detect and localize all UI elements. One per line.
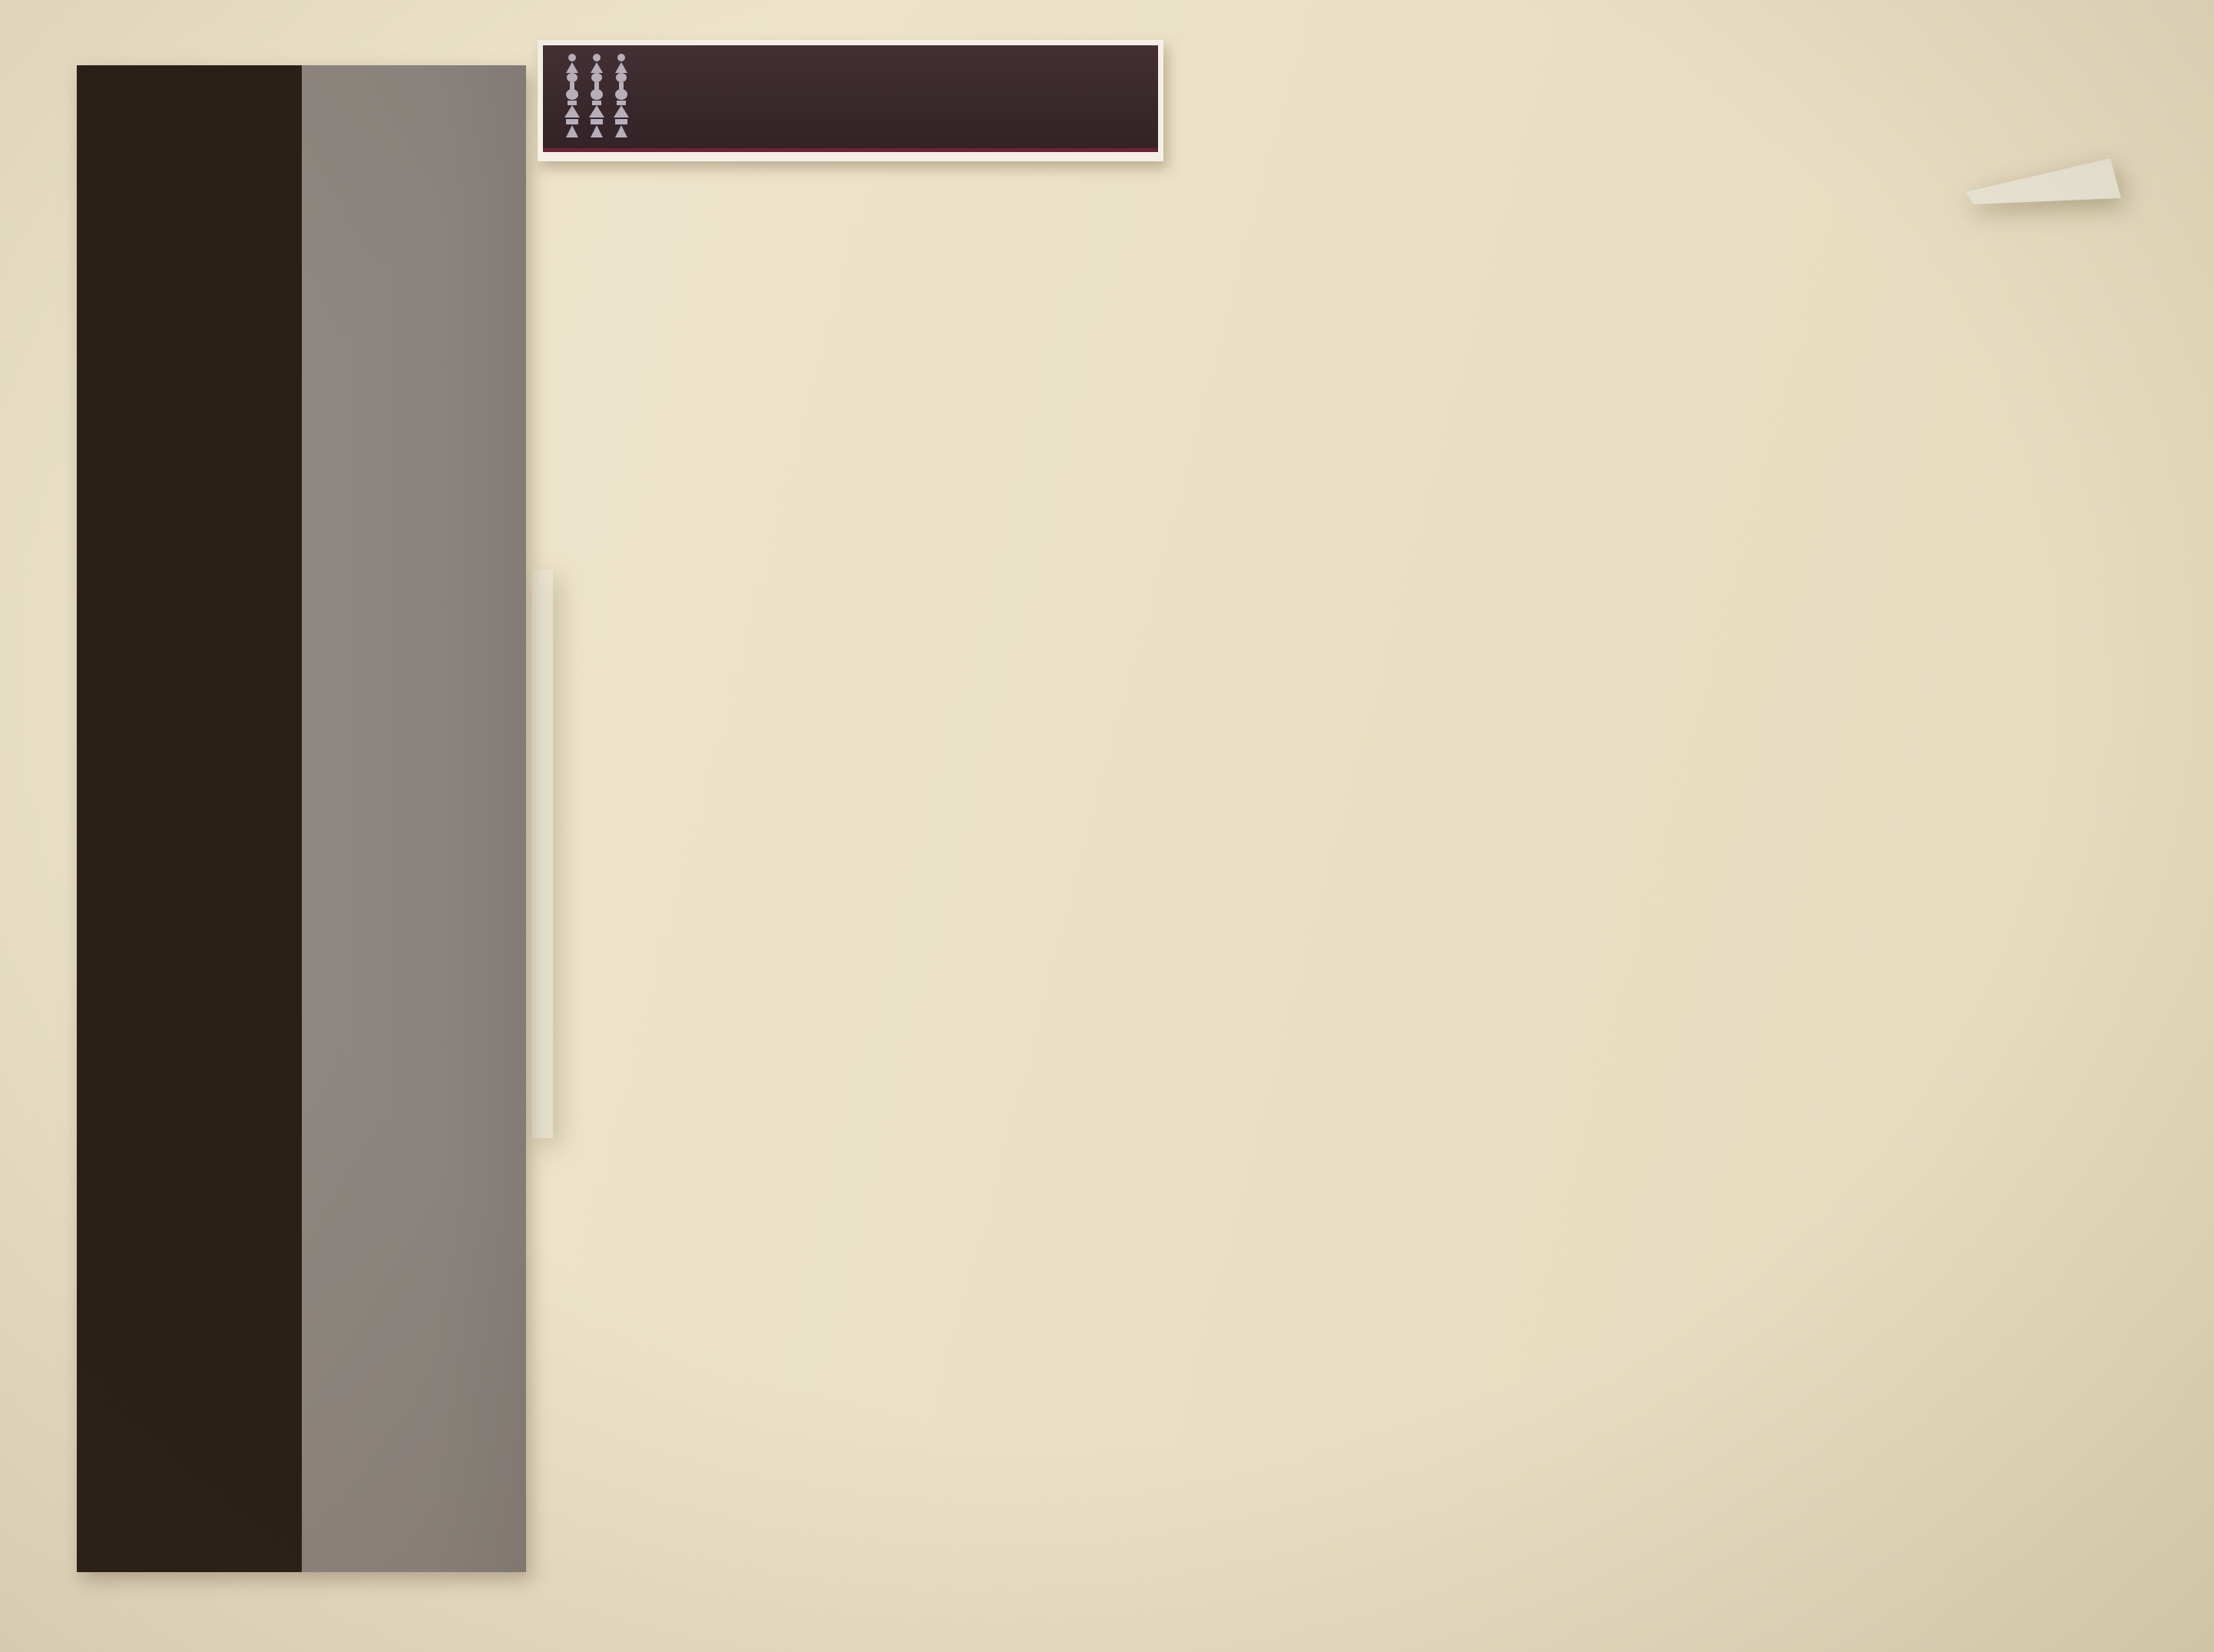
archival-photo-scene — [0, 0, 2214, 1652]
historical-society-banner — [538, 40, 1163, 161]
society-logo-icon — [561, 53, 638, 144]
color-patch-grid — [77, 65, 302, 1572]
white-backing-sheet — [1966, 158, 2121, 204]
kodak-labels — [302, 65, 526, 1572]
kodak-label-ruler-strip — [302, 65, 526, 1572]
banner-dark-panel — [543, 45, 1158, 152]
white-backing-sheet-left — [531, 570, 553, 1138]
kodak-color-control-strip — [77, 65, 526, 1572]
